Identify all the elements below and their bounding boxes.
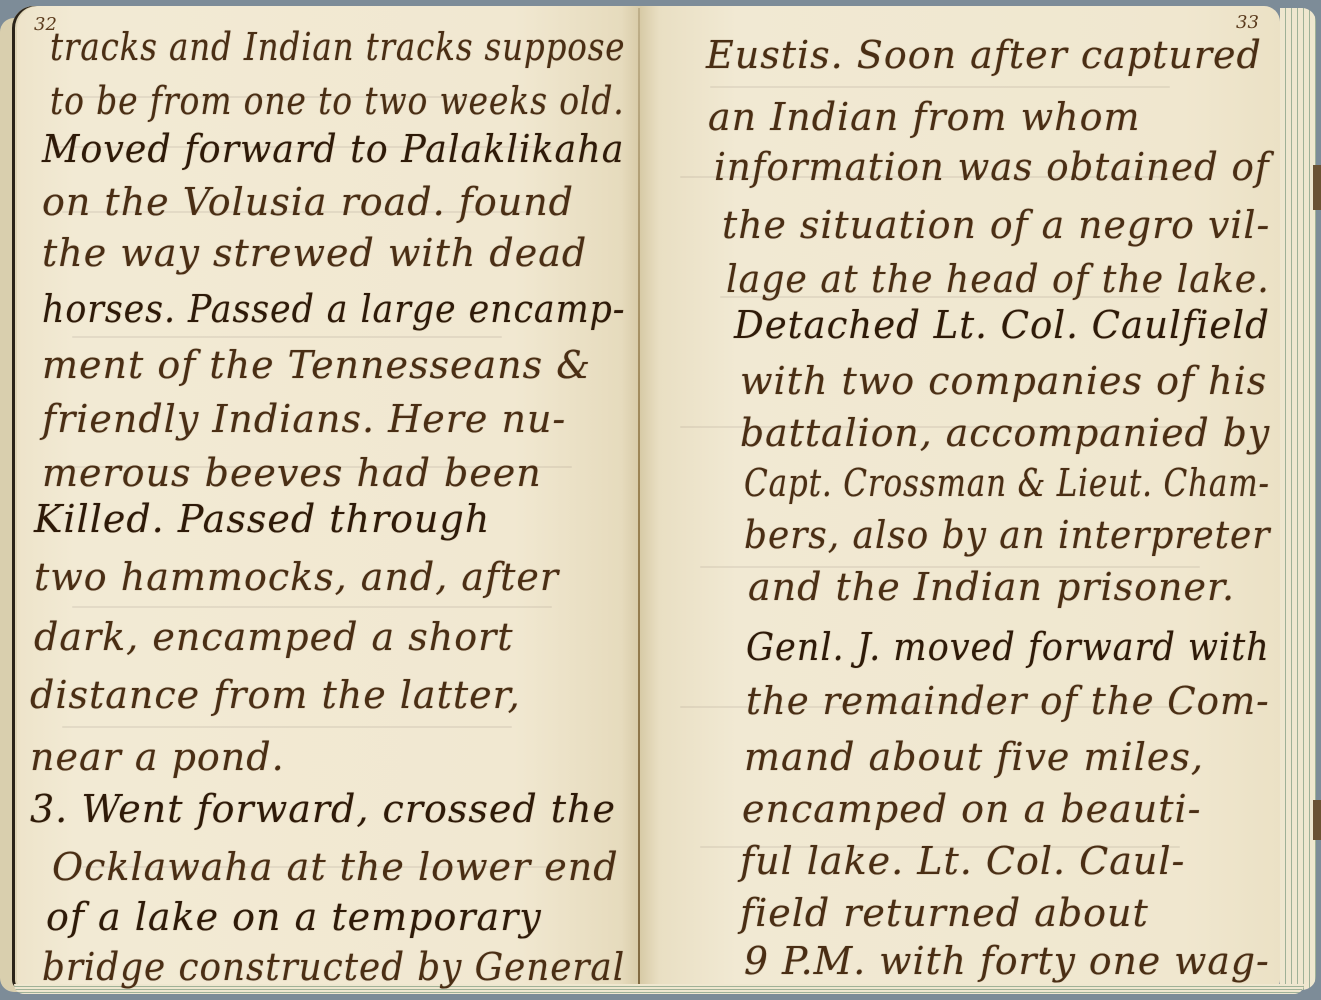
text-line: to be from one to two weeks old. (50, 82, 625, 120)
page-number-right: 33 (1236, 12, 1259, 33)
journal-spread: 32 33 tracks and Indian tracks suppose t… (0, 0, 1321, 1000)
text-line: ful lake. Lt. Col. Caul- (740, 842, 1185, 880)
binding-tab-marker (1313, 800, 1321, 840)
text-line: lage at the head of the lake. (726, 260, 1270, 298)
text-line: near a pond. (30, 738, 285, 776)
text-line: Eustis. Soon after captured (706, 36, 1262, 74)
text-line: an Indian from whom (708, 98, 1141, 136)
text-line: Moved forward to Palaklikaha (42, 130, 624, 168)
text-line: encamped on a beauti- (742, 790, 1202, 828)
text-line: information was obtained of (714, 148, 1270, 186)
right-page-stack-edge (1280, 8, 1316, 990)
text-line: Capt. Crossman & Lieut. Cham- (744, 464, 1270, 502)
text-line: battalion, accompanied by (740, 414, 1270, 452)
text-line: Genl. J. moved forward with (746, 628, 1270, 666)
text-line: the way strewed with dead (42, 234, 587, 272)
text-line: the remainder of the Com- (746, 682, 1270, 720)
text-line: Ocklawaha at the lower end (52, 848, 619, 886)
text-line: Detached Lt. Col. Caulfield (734, 306, 1270, 344)
text-line: friendly Indians. Here nu- (42, 400, 566, 438)
text-line: of a lake on a temporary (46, 898, 542, 936)
text-line: bers, also by an interpreter (744, 516, 1270, 554)
text-line: field returned about (740, 894, 1149, 932)
text-line: merous beeves had been (42, 454, 542, 492)
text-line: ment of the Tennesseans & (42, 346, 591, 384)
text-line: distance from the latter, (30, 676, 521, 714)
text-line: 9 P.M. with forty one wag- (744, 942, 1270, 980)
text-line: and the Indian prisoner. (748, 568, 1235, 606)
text-line: with two companies of his (740, 362, 1267, 400)
text-line: bridge constructed by General (42, 948, 625, 986)
text-line: 3. Went forward, crossed the (30, 790, 616, 828)
text-line: two hammocks, and, after (34, 558, 559, 596)
binding-tab-marker (1313, 165, 1321, 210)
text-line: the situation of a negro vil- (722, 206, 1270, 244)
text-line: on the Volusia road. found (42, 183, 574, 221)
text-line: dark, encamped a short (34, 618, 514, 656)
text-line: mand about five miles, (744, 738, 1204, 776)
text-line: tracks and Indian tracks suppose (50, 28, 625, 66)
text-line: horses. Passed a large encamp- (42, 290, 625, 328)
text-line: Killed. Passed through (34, 500, 490, 538)
